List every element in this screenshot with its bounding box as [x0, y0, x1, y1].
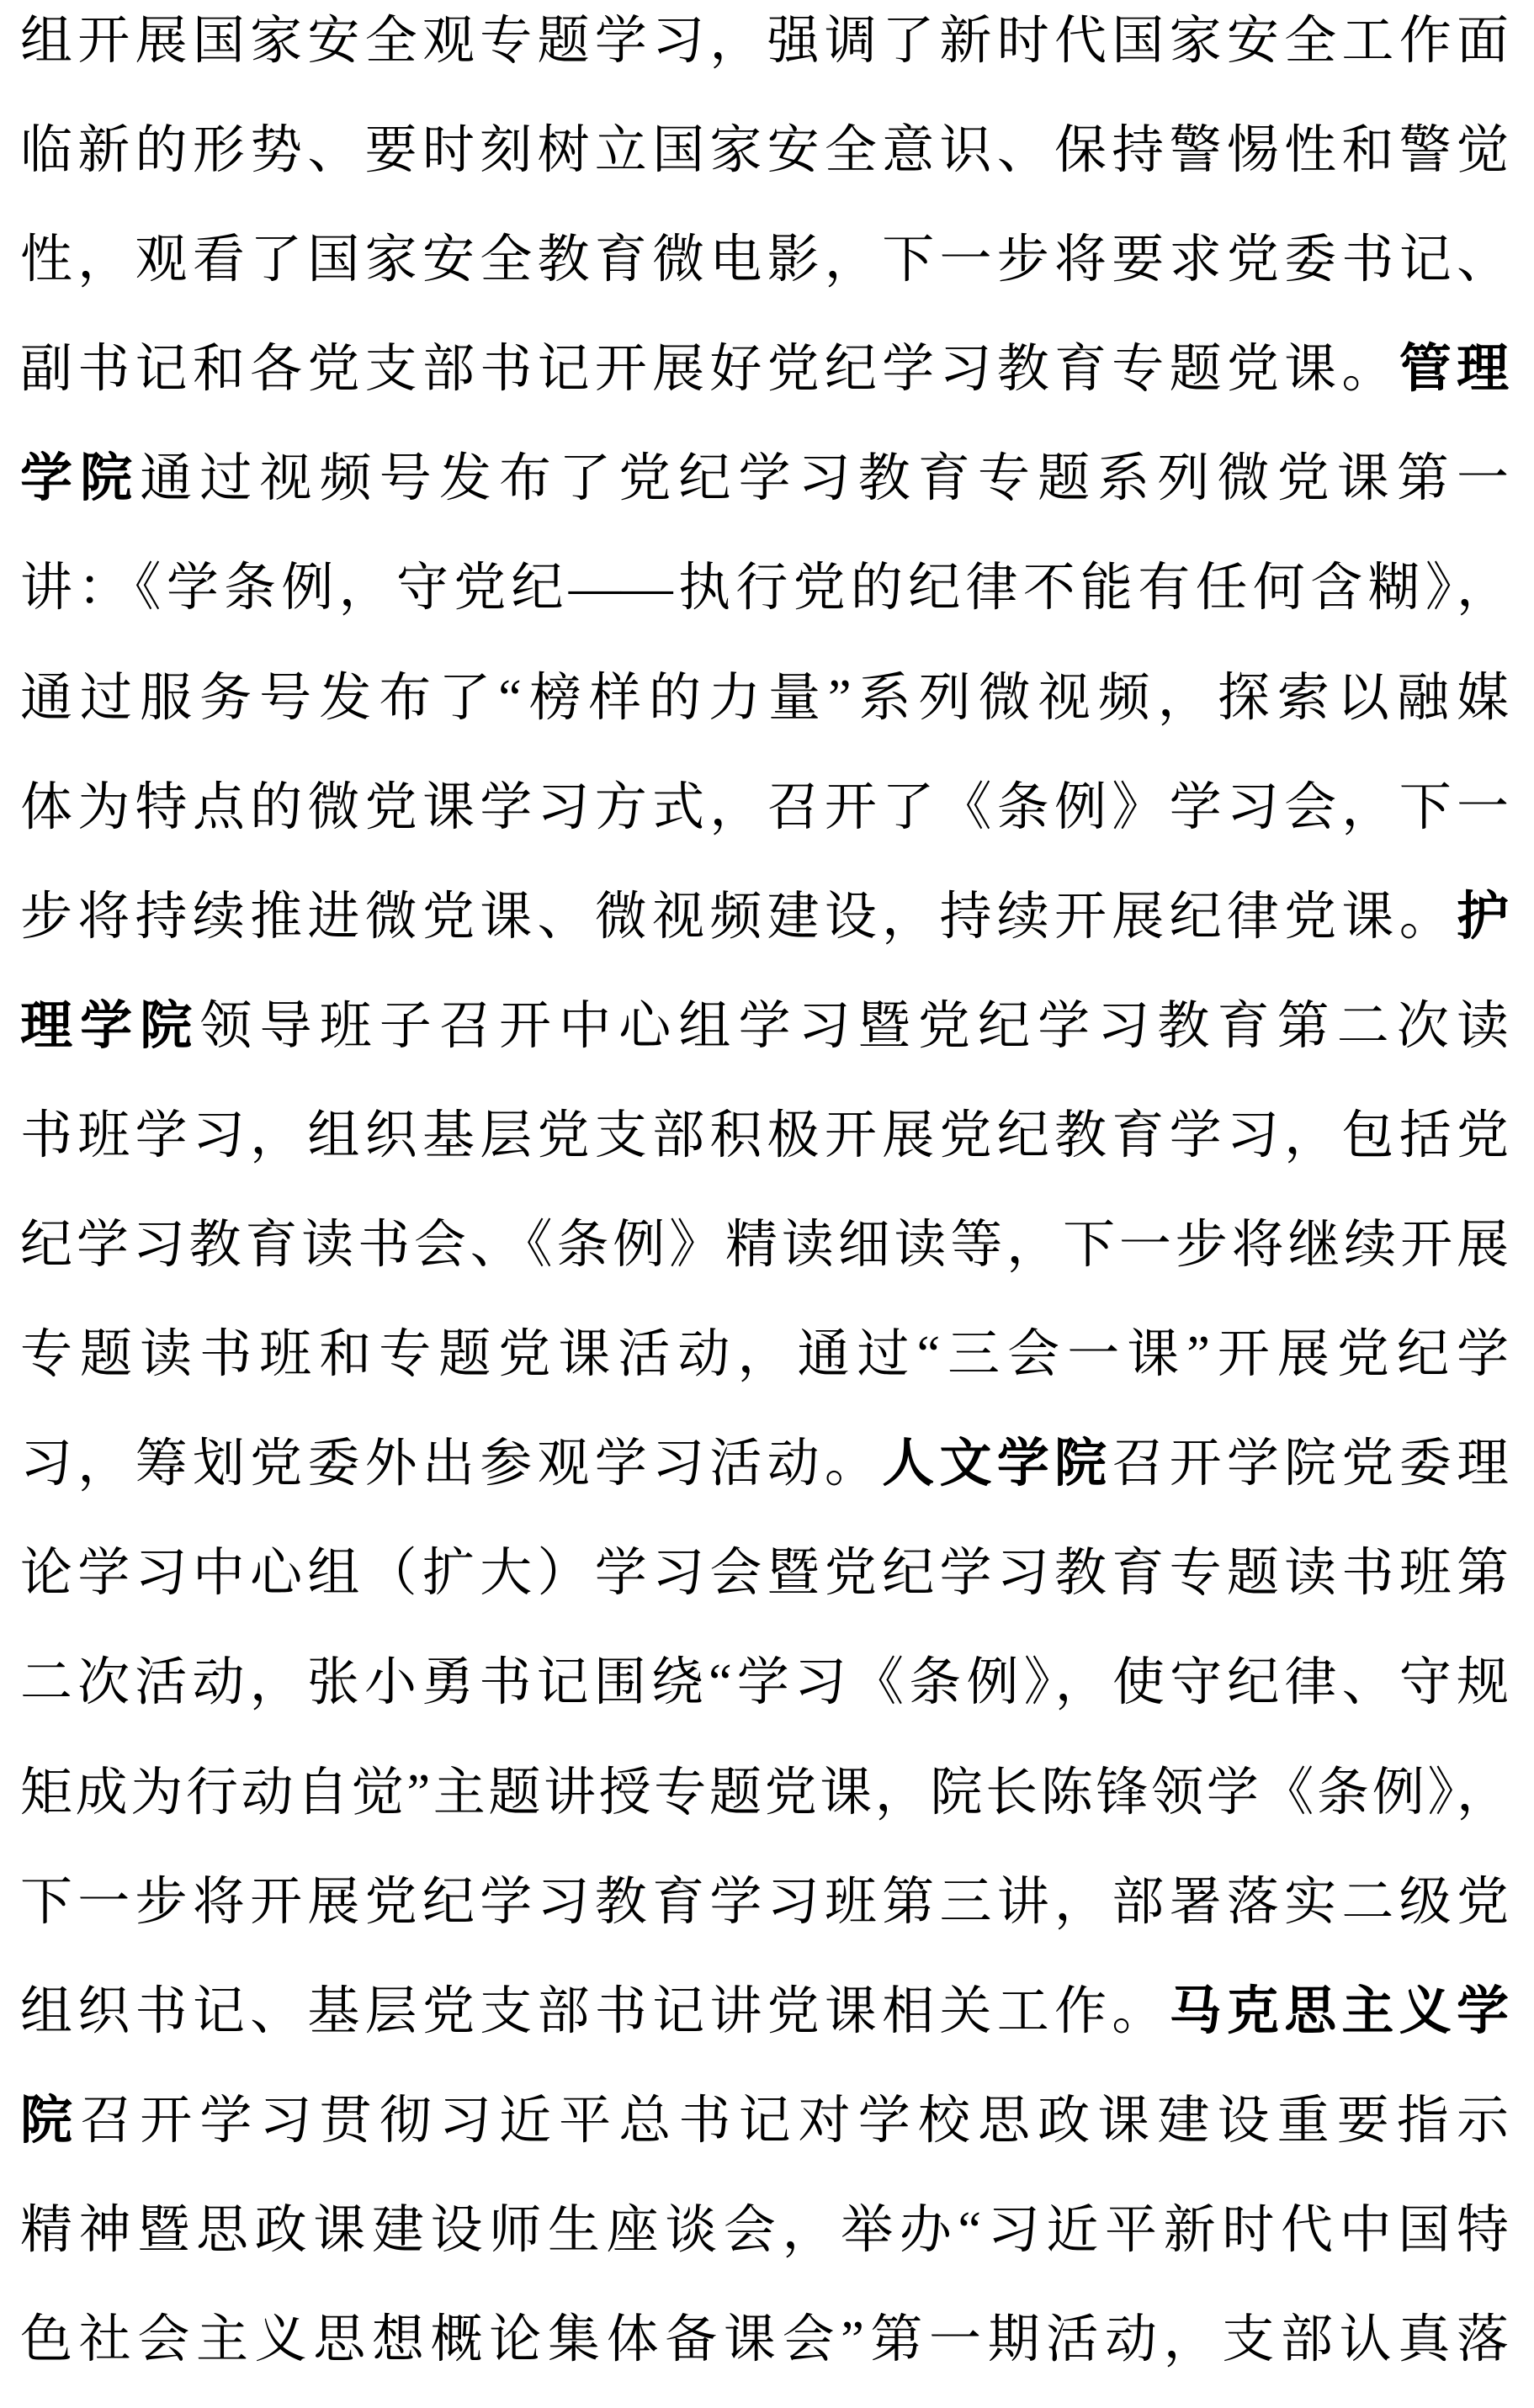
bold-text-segment: 理学院: [20, 998, 199, 1055]
text-line: 书班学习，组织基层党支部积极开展党纪教育学习，包括党: [20, 1081, 1509, 1191]
text-line: 论学习中心组（扩大）学习会暨党纪学习教育专题读书班第: [20, 1519, 1509, 1628]
text-line: 色社会主义思想概论集体备课会”第一期活动，支部认真落: [20, 2285, 1509, 2395]
text-segment: 召开学习贯彻习近平总书记对学校思政课建设重要指示: [80, 2092, 1509, 2150]
text-line: 步将持续推进微党课、微视频建设，持续开展纪律党课。护: [20, 862, 1509, 972]
text-line: 临新的形势、要时刻树立国家安全意识、保持警惕性和警觉: [20, 96, 1509, 205]
text-line: 专题读书班和专题党课活动，通过“三会一课”开展党纪学: [20, 1300, 1509, 1409]
text-line: 纪学习教育读书会、《条例》精读细读等，下一步将继续开展: [20, 1191, 1509, 1300]
bold-text-segment: 学院: [20, 450, 140, 507]
text-segment: 领导班子召开中心组学习暨党纪学习教育第二次读: [199, 998, 1509, 1055]
text-segment: 通过视频号发布了党纪学习教育专题系列微党课第一: [140, 450, 1509, 507]
bold-text-segment: 马克思主义学: [1170, 1983, 1509, 2040]
text-line: 组织书记、基层党支部书记讲党课相关工作。马克思主义学: [20, 1957, 1509, 2066]
text-segment: 论学习中心组（扩大）学习会暨党纪学习教育专题读书班第: [20, 1545, 1509, 1602]
text-segment: 书班学习，组织基层党支部积极开展党纪教育学习，包括党: [20, 1107, 1509, 1164]
text-line: 精神暨思政课建设师生座谈会，举办“习近平新时代中国特: [20, 2176, 1509, 2285]
text-line: 矩成为行动自觉”主题讲授专题党课，院长陈锋领学《条例》，: [20, 1738, 1509, 1848]
document-page: 组开展国家安全观专题学习，强调了新时代国家安全工作面临新的形势、要时刻树立国家安…: [0, 0, 1534, 2408]
text-line: 组开展国家安全观专题学习，强调了新时代国家安全工作面: [20, 0, 1509, 96]
bold-text-segment: 护: [1457, 888, 1509, 946]
bold-text-segment: 人文学院: [882, 1435, 1112, 1493]
text-line: 性，观看了国家安全教育微电影，下一步将要求党委书记、: [20, 205, 1509, 315]
document-body: 组开展国家安全观专题学习，强调了新时代国家安全工作面临新的形势、要时刻树立国家安…: [20, 0, 1509, 2395]
text-line: 通过服务号发布了“榜样的力量”系列微视频，探索以融媒: [20, 644, 1509, 753]
text-line: 下一步将开展党纪学习教育学习班第三讲，部署落实二级党: [20, 1848, 1509, 1957]
text-line: 理学院领导班子召开中心组学习暨党纪学习教育第二次读: [20, 972, 1509, 1081]
text-segment: 色社会主义思想概论集体备课会”第一期活动，支部认真落: [20, 2311, 1509, 2368]
text-segment: 专题读书班和专题党课活动，通过“三会一课”开展党纪学: [20, 1326, 1509, 1383]
text-line: 学院通过视频号发布了党纪学习教育专题系列微党课第一: [20, 424, 1509, 533]
text-segment: 讲：《学条例，守党纪——执行党的纪律不能有任何含糊》，: [20, 560, 1509, 617]
text-line: 二次活动，张小勇书记围绕“学习《条例》，使守纪律、守规: [20, 1628, 1509, 1737]
text-segment: 组开展国家安全观专题学习，强调了新时代国家安全工作面: [20, 13, 1509, 70]
text-segment: 纪学习教育读书会、《条例》精读细读等，下一步将继续开展: [20, 1217, 1509, 1274]
text-segment: 通过服务号发布了“榜样的力量”系列微视频，探索以融媒: [20, 670, 1509, 727]
bold-text-segment: 管理: [1399, 341, 1509, 398]
text-segment: 步将持续推进微党课、微视频建设，持续开展纪律党课。: [20, 888, 1457, 946]
bold-text-segment: 院: [20, 2092, 80, 2150]
text-segment: 性，观看了国家安全教育微电影，下一步将要求党委书记、: [20, 231, 1509, 289]
text-line: 院召开学习贯彻习近平总书记对学校思政课建设重要指示: [20, 2066, 1509, 2176]
text-segment: 二次活动，张小勇书记围绕“学习《条例》，使守纪律、守规: [20, 1654, 1509, 1711]
text-segment: 下一步将开展党纪学习教育学习班第三讲，部署落实二级党: [20, 1874, 1509, 1931]
text-segment: 习，筹划党委外出参观学习活动。: [20, 1435, 882, 1493]
text-line: 副书记和各党支部书记开展好党纪学习教育专题党课。管理: [20, 315, 1509, 424]
text-line: 讲：《学条例，守党纪——执行党的纪律不能有任何含糊》，: [20, 533, 1509, 643]
text-segment: 召开学院党委理: [1112, 1435, 1509, 1493]
text-line: 习，筹划党委外出参观学习活动。人文学院召开学院党委理: [20, 1409, 1509, 1519]
text-segment: 精神暨思政课建设师生座谈会，举办“习近平新时代中国特: [20, 2202, 1509, 2259]
text-segment: 体为特点的微党课学习方式，召开了《条例》学习会，下一: [20, 779, 1509, 836]
text-segment: 矩成为行动自觉”主题讲授专题党课，院长陈锋领学《条例》，: [20, 1764, 1509, 1822]
text-segment: 临新的形势、要时刻树立国家安全意识、保持警惕性和警觉: [20, 122, 1509, 179]
text-line: 体为特点的微党课学习方式，召开了《条例》学习会，下一: [20, 753, 1509, 862]
text-segment: 副书记和各党支部书记开展好党纪学习教育专题党课。: [20, 341, 1399, 398]
text-segment: 组织书记、基层党支部书记讲党课相关工作。: [20, 1983, 1170, 2040]
